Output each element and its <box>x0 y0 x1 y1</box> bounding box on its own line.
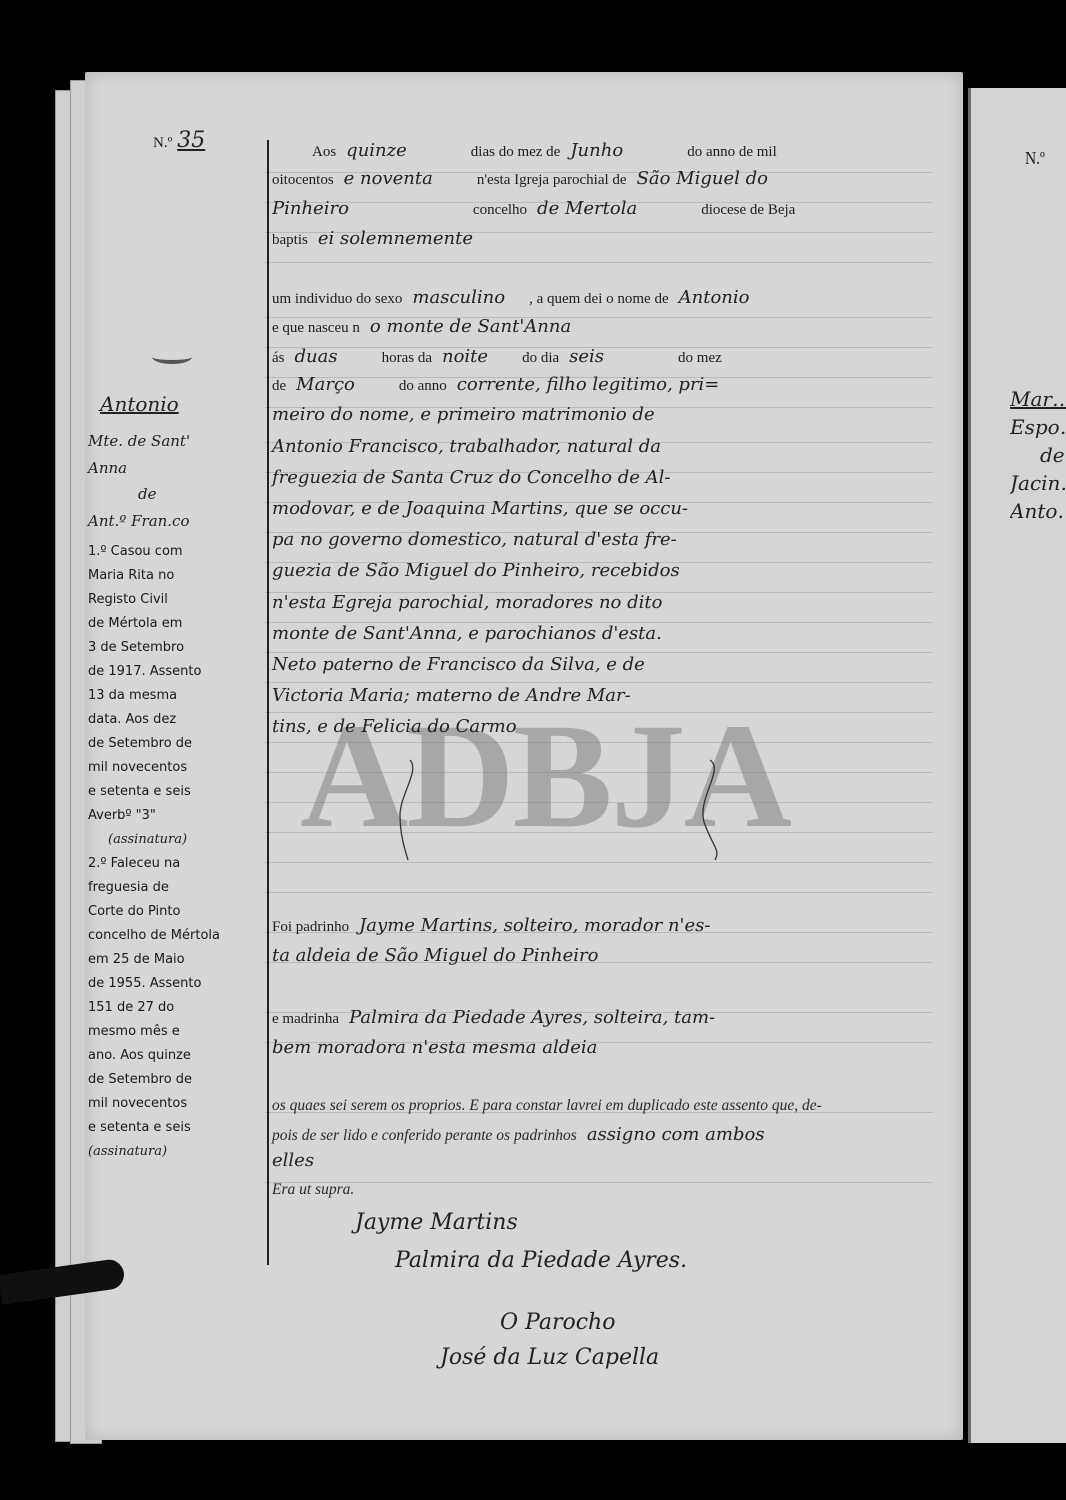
closing-line-3: elles <box>272 1150 932 1171</box>
margin-line: e setenta e seis <box>88 1116 268 1140</box>
printed-text: baptis <box>272 232 308 248</box>
printed-text: n'esta Igreja parochial de <box>477 172 627 188</box>
signature-godmother: Palmira da Piedade Ayres. <box>395 1248 687 1273</box>
signature-parocho: José da Luz Capella <box>440 1345 659 1370</box>
margin-notes: Mte. de Sant' Anna de Ant.º Fran.co <box>88 428 268 534</box>
handwritten-godmother: Palmira da Piedade Ayres, solteira, tam- <box>349 1007 715 1028</box>
margin-line: de 1955. Assento <box>88 972 268 996</box>
margin-line: freguesia de <box>88 876 268 900</box>
margin-line: mil novecentos <box>88 756 268 780</box>
handwritten-sex: masculino <box>412 287 505 308</box>
record-line-2: oitocentos e noventa n'esta Igreja paroc… <box>272 168 932 189</box>
margin-line: 13 da mesma <box>88 684 268 708</box>
margin-line: Averbº "3" <box>88 804 268 828</box>
record-line-8: de Março do anno corrente, filho legitim… <box>272 374 932 395</box>
closing-line-1: os quaes sei serem os proprios. E para c… <box>272 1097 932 1115</box>
printed-text: horas da <box>382 350 432 366</box>
printed-text: Aos <box>312 144 336 160</box>
next-page-line: Anto… <box>1010 497 1066 525</box>
printed-text: ás <box>272 350 285 366</box>
record-line-18: Victoria Maria; materno de Andre Mar- <box>272 685 932 706</box>
margin-signature: (assinatura) <box>88 1140 268 1164</box>
handwritten-birth-month: Março <box>296 374 355 395</box>
next-page-fragment <box>968 88 1066 1443</box>
record-line-16: monte de Sant'Anna, e parochianos d'esta… <box>272 623 932 644</box>
record-line-5: um individuo do sexo masculino , a quem … <box>272 287 932 308</box>
godmother-line-1: e madrinha Palmira da Piedade Ayres, sol… <box>272 1007 932 1028</box>
handwritten-month: Junho <box>570 140 623 161</box>
printed-text: do anno <box>399 378 447 394</box>
printed-text: de <box>272 378 286 394</box>
printed-text: diocese de Beja <box>701 202 795 218</box>
margin-line: Anna <box>88 455 268 482</box>
printed-text: do anno de mil <box>687 144 777 160</box>
margin-line: ano. Aos quinze <box>88 1044 268 1068</box>
margin-line: Maria Rita no <box>88 564 268 588</box>
margin-line: 1.º Casou com <box>88 540 268 564</box>
record-line-7: ás duas horas da noite do dia seis do me… <box>272 346 932 367</box>
margin-line: e setenta e seis <box>88 780 268 804</box>
printed-text: dias do mez de <box>471 144 561 160</box>
handwritten-text: ei solemnemente <box>318 228 473 249</box>
godfather-line-2: ta aldeia de São Miguel do Pinheiro <box>272 945 932 966</box>
next-entry-label: N.º <box>1025 148 1045 169</box>
next-page-line: Espo… <box>1010 413 1066 441</box>
closing-line-2: pois de ser lido e conferido perante os … <box>272 1124 932 1145</box>
margin-line: mil novecentos <box>88 1092 268 1116</box>
entry-number-label: N.º <box>153 135 172 151</box>
record-line-15: n'esta Egreja parochial, moradores no di… <box>272 592 932 613</box>
signature-godfather: Jayme Martins <box>355 1210 518 1235</box>
record-line-1: Aos quinze dias do mez de Junho do anno … <box>272 140 932 161</box>
margin-line: concelho de Mértola <box>88 924 268 948</box>
printed-text: pois de ser lido e conferido perante os … <box>272 1127 577 1144</box>
handwritten-time-of-day: noite <box>442 346 488 367</box>
handwritten-child-name: Antonio <box>679 287 750 308</box>
margin-line: de <box>88 481 268 508</box>
next-page-line: de <box>1010 441 1066 469</box>
handwritten-hour: duas <box>295 346 338 367</box>
margin-name: Antonio <box>100 392 179 416</box>
margin-line: em 25 de Maio <box>88 948 268 972</box>
next-page-line: Mar… <box>1010 385 1066 413</box>
printed-text: e madrinha <box>272 1011 339 1027</box>
margin-line: Registo Civil <box>88 588 268 612</box>
record-line-19: tins, e de Felicia do Carmo <box>272 716 932 737</box>
handwritten-parish: Pinheiro <box>272 198 349 219</box>
record-line-6: e que nasceu n o monte de Sant'Anna <box>272 316 932 337</box>
margin-line: mesmo mês e <box>88 1020 268 1044</box>
handwritten-godfather: Jayme Martins, solteiro, morador n'es- <box>359 915 710 936</box>
margin-mark <box>152 350 192 364</box>
record-line-14: guezia de São Miguel do Pinheiro, recebi… <box>272 560 932 581</box>
printed-text: do dia <box>522 350 559 366</box>
margin-line: 151 de 27 do <box>88 996 268 1020</box>
signature-parocho-title: O Parocho <box>500 1310 615 1335</box>
margin-line: data. Aos dez <box>88 708 268 732</box>
record-line-12: modovar, e de Joaquina Martins, que se o… <box>272 498 932 519</box>
printed-text: Foi padrinho <box>272 919 349 935</box>
handwritten-birth-day: seis <box>569 346 604 367</box>
godfather-line-1: Foi padrinho Jayme Martins, solteiro, mo… <box>272 915 932 936</box>
godmother-line-2: bem moradora n'esta mesma aldeia <box>272 1037 932 1058</box>
handwritten-municipality: de Mertola <box>537 198 637 219</box>
record-line-3: Pinheiro concelho de Mertola diocese de … <box>272 198 932 219</box>
record-line-17: Neto paterno de Francisco da Silva, e de <box>272 654 932 675</box>
margin-line: 2.º Faleceu na <box>88 852 268 876</box>
handwritten-text: assigno com ambos <box>587 1124 765 1145</box>
blank-fill-strokes <box>380 755 800 865</box>
margin-line: Mte. de Sant' <box>88 428 268 455</box>
printed-text: concelho <box>473 202 527 218</box>
handwritten-year: e noventa <box>344 168 433 189</box>
handwritten-parish: São Miguel do <box>637 168 768 189</box>
handwritten-text: corrente, filho legitimo, pri= <box>457 374 720 395</box>
printed-text: oitocentos <box>272 172 334 188</box>
entry-number: N.º 35 <box>153 128 205 153</box>
margin-line: de Mértola em <box>88 612 268 636</box>
closing-line-4: Era ut supra. <box>272 1181 932 1199</box>
margin-line: de Setembro de <box>88 1068 268 1092</box>
margin-line: Ant.º Fran.co <box>88 508 268 535</box>
record-line-4: baptis ei solemnemente <box>272 228 932 249</box>
printed-text: do mez <box>678 350 722 366</box>
next-page-line: Jacin… <box>1010 469 1066 497</box>
margin-annotation-marriage: 1.º Casou com Maria Rita no Registo Civi… <box>88 540 268 1164</box>
printed-text: um individuo do sexo <box>272 291 402 307</box>
handwritten-day: quinze <box>346 140 407 161</box>
margin-line: de Setembro de <box>88 732 268 756</box>
entry-number-value: 35 <box>177 128 205 153</box>
margin-line: de 1917. Assento <box>88 660 268 684</box>
record-line-10: Antonio Francisco, trabalhador, natural … <box>272 436 932 457</box>
next-page-margin-notes: Mar… Espo… de Jacin… Anto… <box>1010 385 1066 525</box>
record-line-11: freguezia de Santa Cruz do Concelho de A… <box>272 467 932 488</box>
margin-line: 3 de Setembro <box>88 636 268 660</box>
record-line-9: meiro do nome, e primeiro matrimonio de <box>272 404 932 425</box>
printed-text: , a quem dei o nome de <box>529 291 669 307</box>
record-line-13: pa no governo domestico, natural d'esta … <box>272 529 932 550</box>
printed-text: e que nasceu n <box>272 320 360 336</box>
margin-line: Corte do Pinto <box>88 900 268 924</box>
margin-signature: (assinatura) <box>88 828 268 852</box>
handwritten-birthplace: o monte de Sant'Anna <box>370 316 571 337</box>
